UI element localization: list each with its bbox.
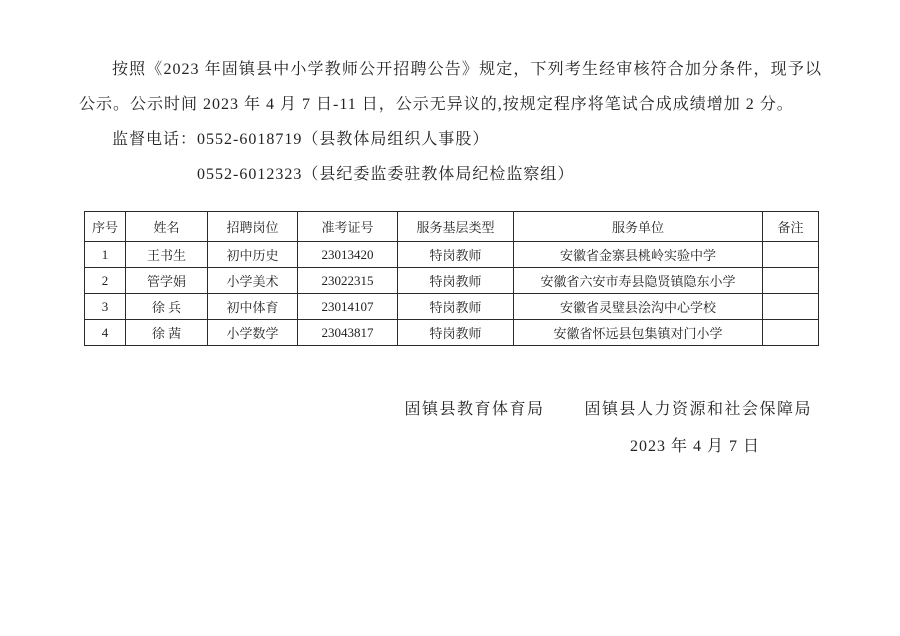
cell-service-unit: 安徽省金寨县桃岭实验中学 (514, 242, 763, 268)
cell-service-type: 特岗教师 (398, 268, 514, 294)
cell-service-unit: 安徽省六安市寿县隐贤镇隐东小学 (514, 268, 763, 294)
cell-position: 小学数学 (208, 320, 298, 346)
cell-service-type: 特岗教师 (398, 242, 514, 268)
table-row: 3 徐 兵 初中体育 23014107 特岗教师 安徽省灵璧县浍沟中心学校 (85, 294, 819, 320)
header-position: 招聘岗位 (208, 212, 298, 242)
phone-label: 监督电话： (112, 131, 197, 148)
phone-dept-1: （县教体局组织人事股） (302, 131, 489, 148)
cell-service-type: 特岗教师 (398, 294, 514, 320)
header-ticket-number: 准考证号 (298, 212, 398, 242)
phone-number-2: 0552-6012323 (197, 166, 302, 183)
document-page: 按照《2023 年固镇县中小学教师公开招聘公告》规定，下列考生经审核符合加分条件… (0, 0, 900, 636)
signature-row: 固镇县教育体育局 固镇县人力资源和社会保障局 (79, 400, 822, 420)
cell-seq: 2 (85, 268, 126, 294)
cell-remark (763, 242, 819, 268)
cell-ticket-number: 23014107 (298, 294, 398, 320)
cell-remark (763, 268, 819, 294)
phone-dept-2: （县纪委监委驻教体局纪检监察组） (302, 166, 574, 183)
cell-name: 徐 兵 (126, 294, 208, 320)
header-service-type: 服务基层类型 (398, 212, 514, 242)
cell-remark (763, 320, 819, 346)
cell-service-type: 特岗教师 (398, 320, 514, 346)
table-row: 2 管学娟 小学美术 23022315 特岗教师 安徽省六安市寿县隐贤镇隐东小学 (85, 268, 819, 294)
signature-date: 2023 年 4 月 7 日 (79, 437, 822, 457)
cell-service-unit: 安徽省怀远县包集镇对门小学 (514, 320, 763, 346)
cell-service-unit: 安徽省灵璧县浍沟中心学校 (514, 294, 763, 320)
header-name: 姓名 (126, 212, 208, 242)
supervision-phone-line-2: 0552-6012323（县纪委监委驻教体局纪检监察组） (79, 157, 822, 192)
cell-seq: 1 (85, 242, 126, 268)
phone-number-1: 0552-6018719 (197, 131, 302, 148)
header-service-unit: 服务单位 (514, 212, 763, 242)
table-row: 1 王书生 初中历史 23013420 特岗教师 安徽省金寨县桃岭实验中学 (85, 242, 819, 268)
cell-position: 小学美术 (208, 268, 298, 294)
supervision-phone-line-1: 监督电话：0552-6018719（县教体局组织人事股） (79, 122, 822, 157)
cell-name: 管学娟 (126, 268, 208, 294)
cell-seq: 4 (85, 320, 126, 346)
header-remark: 备注 (763, 212, 819, 242)
cell-ticket-number: 23022315 (298, 268, 398, 294)
candidate-table: 序号 姓名 招聘岗位 准考证号 服务基层类型 服务单位 备注 1 王书生 初中历… (84, 211, 819, 346)
signature-org-hr: 固镇县人力资源和社会保障局 (584, 400, 812, 420)
header-seq: 序号 (85, 212, 126, 242)
cell-position: 初中体育 (208, 294, 298, 320)
signature-org-education: 固镇县教育体育局 (404, 400, 544, 420)
cell-ticket-number: 23013420 (298, 242, 398, 268)
cell-seq: 3 (85, 294, 126, 320)
cell-ticket-number: 23043817 (298, 320, 398, 346)
intro-paragraph: 按照《2023 年固镇县中小学教师公开招聘公告》规定，下列考生经审核符合加分条件… (79, 52, 822, 122)
cell-name: 王书生 (126, 242, 208, 268)
cell-remark (763, 294, 819, 320)
table-row: 4 徐 茜 小学数学 23043817 特岗教师 安徽省怀远县包集镇对门小学 (85, 320, 819, 346)
cell-name: 徐 茜 (126, 320, 208, 346)
table-header-row: 序号 姓名 招聘岗位 准考证号 服务基层类型 服务单位 备注 (85, 212, 819, 242)
cell-position: 初中历史 (208, 242, 298, 268)
